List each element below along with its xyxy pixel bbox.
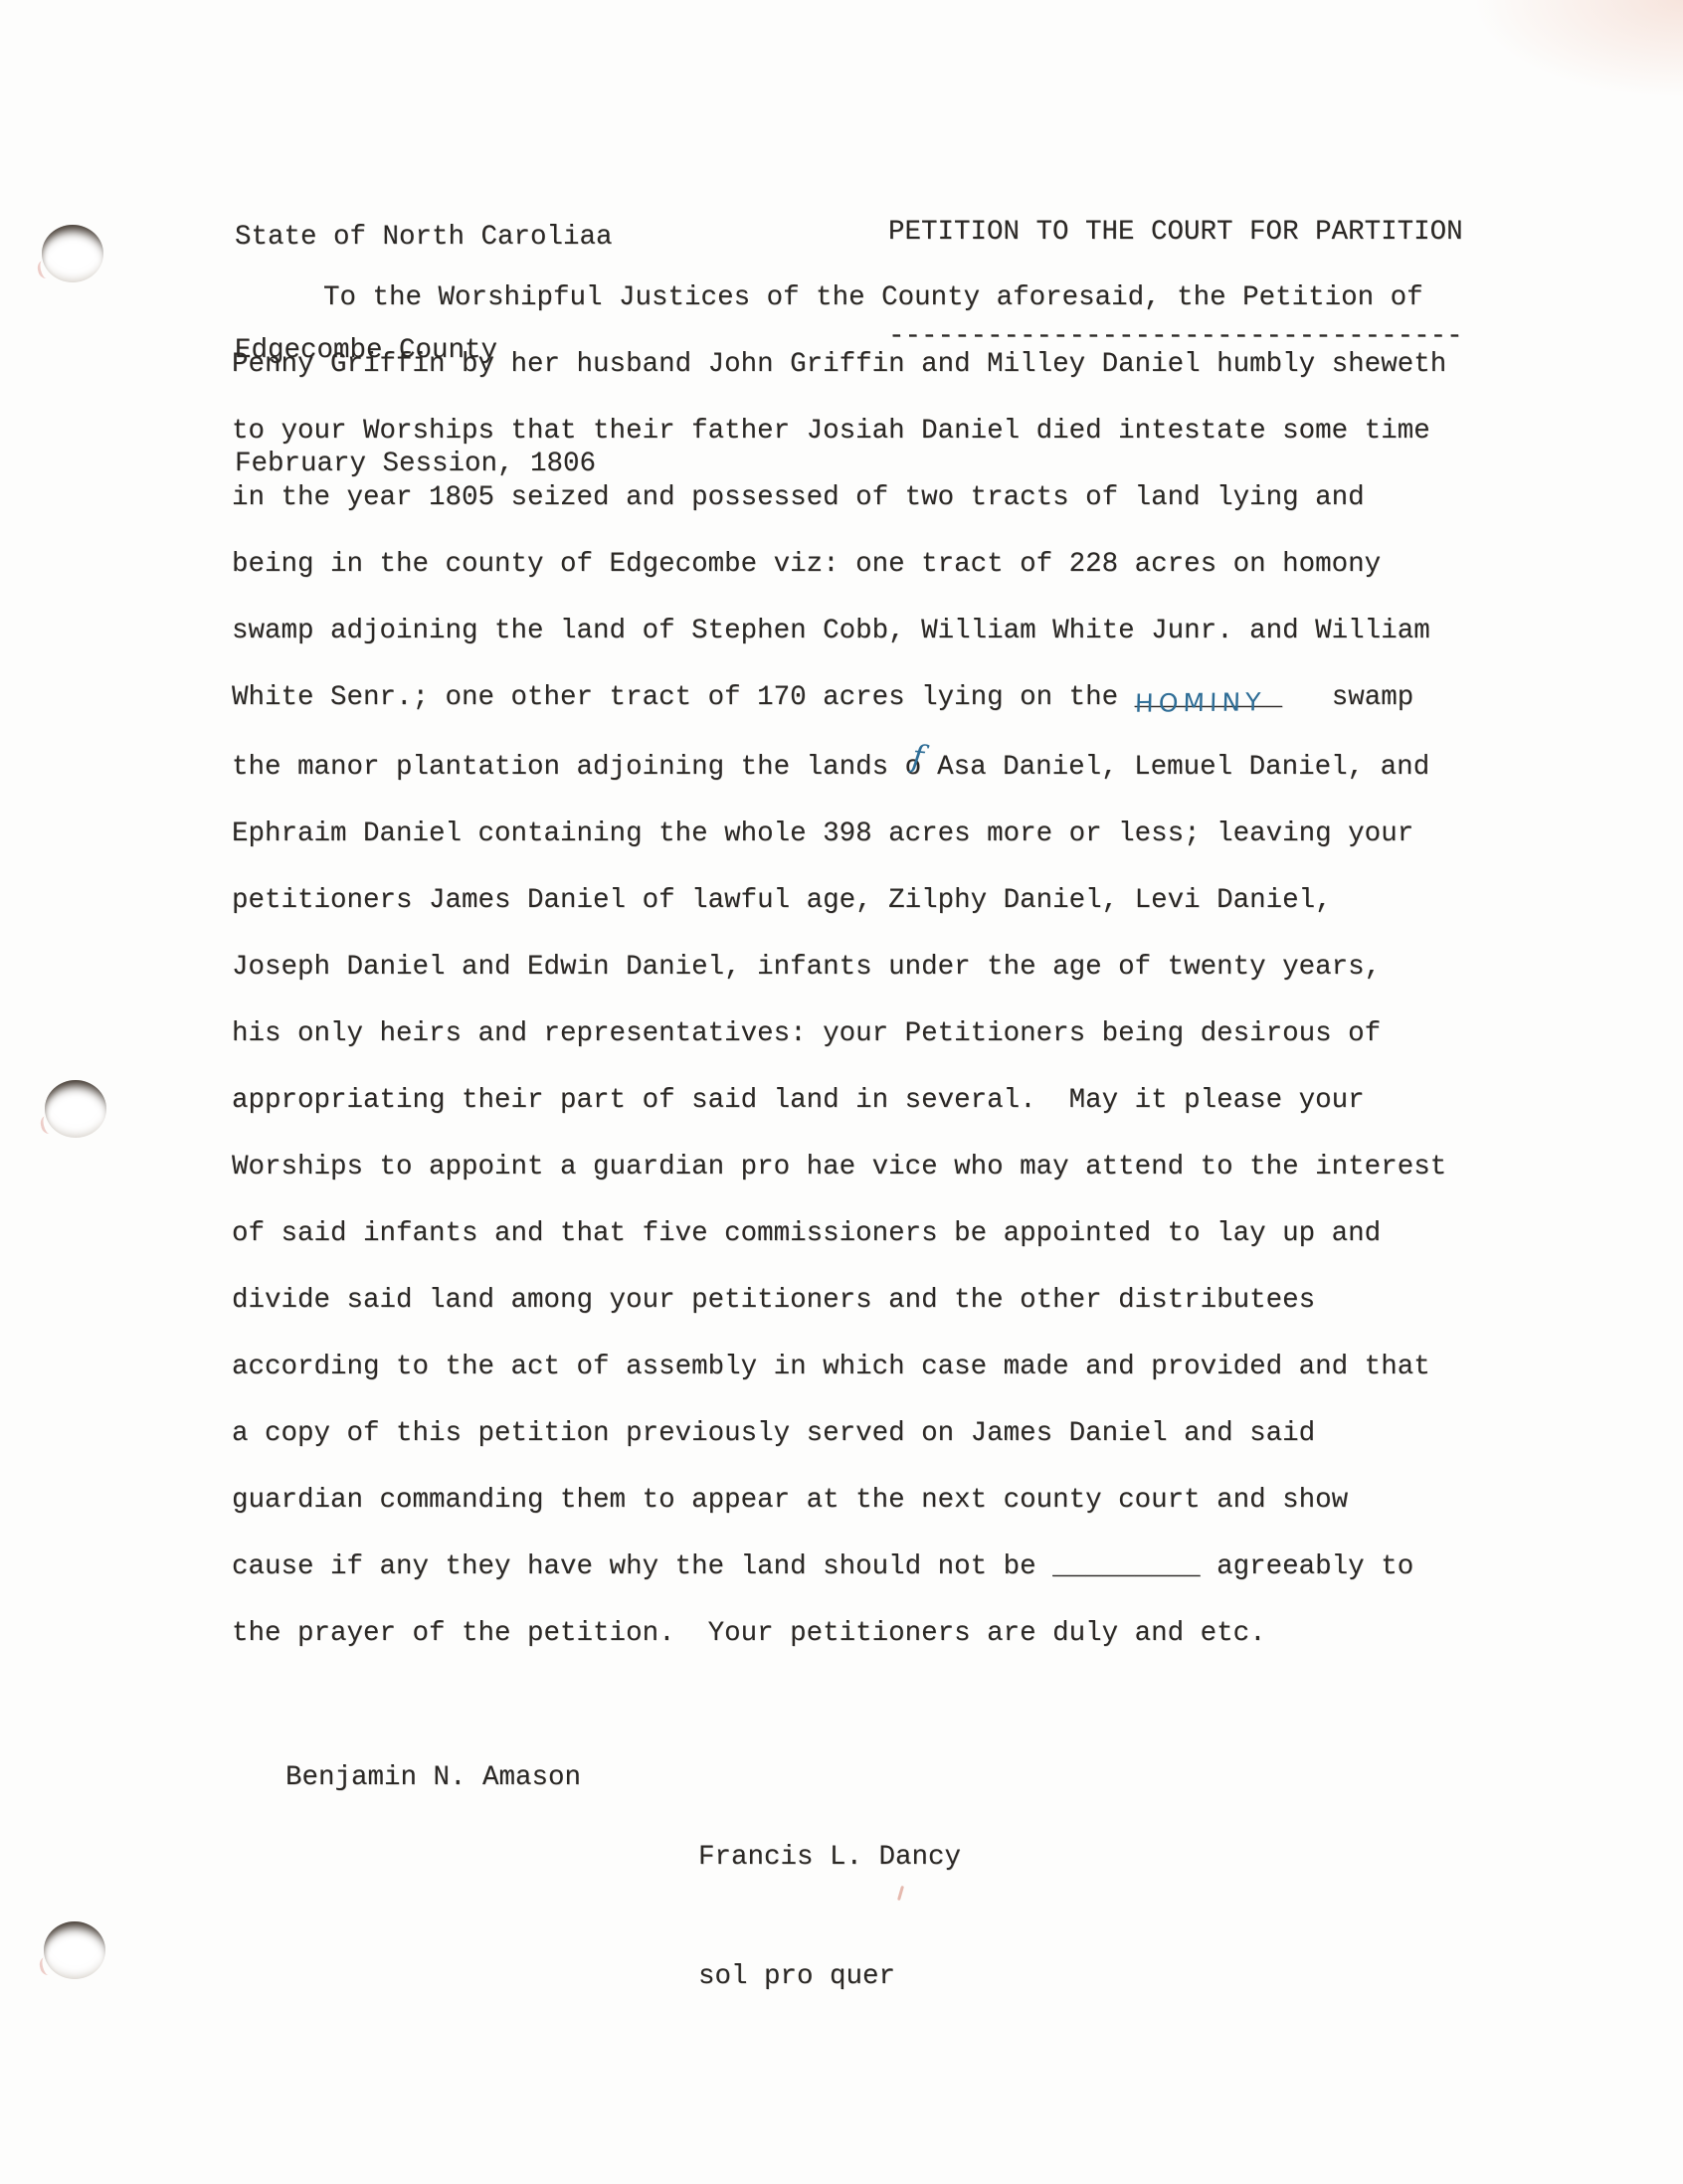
body-line: Joseph Daniel and Edwin Daniel, infants … <box>232 934 1446 1001</box>
petition-body: To the Worshipful Justices of the County… <box>232 265 1446 1667</box>
handwritten-hominy: HOMINY <box>1134 668 1266 736</box>
body-line: the prayer of the petition. Your petitio… <box>232 1600 1446 1667</box>
typed-segment: White Senr.; one other tract of 170 acre… <box>232 682 1135 713</box>
body-line: of said infants and that five commission… <box>232 1200 1446 1267</box>
punch-hole <box>42 225 103 282</box>
body-line: swamp adjoining the land of Stephen Cobb… <box>232 598 1446 664</box>
typed-segment: Asa Daniel, Lemuel Daniel, and <box>921 752 1430 783</box>
signature-benjamin-amason: Benjamin N. Amason <box>285 1758 581 1798</box>
signature-francis-dancy: Francis L. Dancy <box>698 1838 961 1878</box>
body-line: his only heirs and representatives: your… <box>232 1001 1446 1067</box>
document-page: State of North Caroliaa Edgecombe County… <box>0 0 1683 2184</box>
signature-role: sol pro quer <box>698 1957 961 1997</box>
punch-hole <box>45 1080 106 1138</box>
body-line: petitioners James Daniel of lawful age, … <box>232 867 1446 934</box>
body-line: cause if any they have why the land shou… <box>232 1534 1446 1600</box>
body-line: appropriating their part of said land in… <box>232 1067 1446 1134</box>
page-corner-stain <box>1285 0 1683 139</box>
body-line: divide said land among your petitioners … <box>232 1267 1446 1334</box>
body-line: a copy of this petition previously serve… <box>232 1400 1446 1467</box>
typed-segment: the manor plantation adjoining the lands… <box>232 752 921 783</box>
body-line: guardian commanding them to appear at th… <box>232 1467 1446 1534</box>
body-line: being in the county of Edgecombe viz: on… <box>232 531 1446 598</box>
body-line: to your Worships that their father Josia… <box>232 398 1446 464</box>
punch-hole <box>44 1921 105 1979</box>
body-line: the manor plantation adjoining the lands… <box>232 731 1446 801</box>
body-line: Penny Griffin by her husband John Griffi… <box>232 331 1446 398</box>
body-line: To the Worshipful Justices of the County… <box>232 265 1446 331</box>
document-title: PETITION TO THE COURT FOR PARTITION <box>888 215 1463 250</box>
body-line: in the year 1805 seized and possessed of… <box>232 464 1446 531</box>
body-line: White Senr.; one other tract of 170 acre… <box>232 664 1446 731</box>
body-line: according to the act of assembly in whic… <box>232 1334 1446 1400</box>
body-line: Worships to appoint a guardian pro hae v… <box>232 1134 1446 1200</box>
header-line-state: State of North Caroliaa <box>235 219 613 257</box>
typed-blank-line: _________HOMINY <box>1135 664 1283 731</box>
signature-francis-dancy-block: Francis L. Dancy sol pro quer <box>698 1758 961 2077</box>
body-line: Ephraim Daniel containing the whole 398 … <box>232 801 1446 867</box>
typed-segment: swamp <box>1282 682 1413 713</box>
